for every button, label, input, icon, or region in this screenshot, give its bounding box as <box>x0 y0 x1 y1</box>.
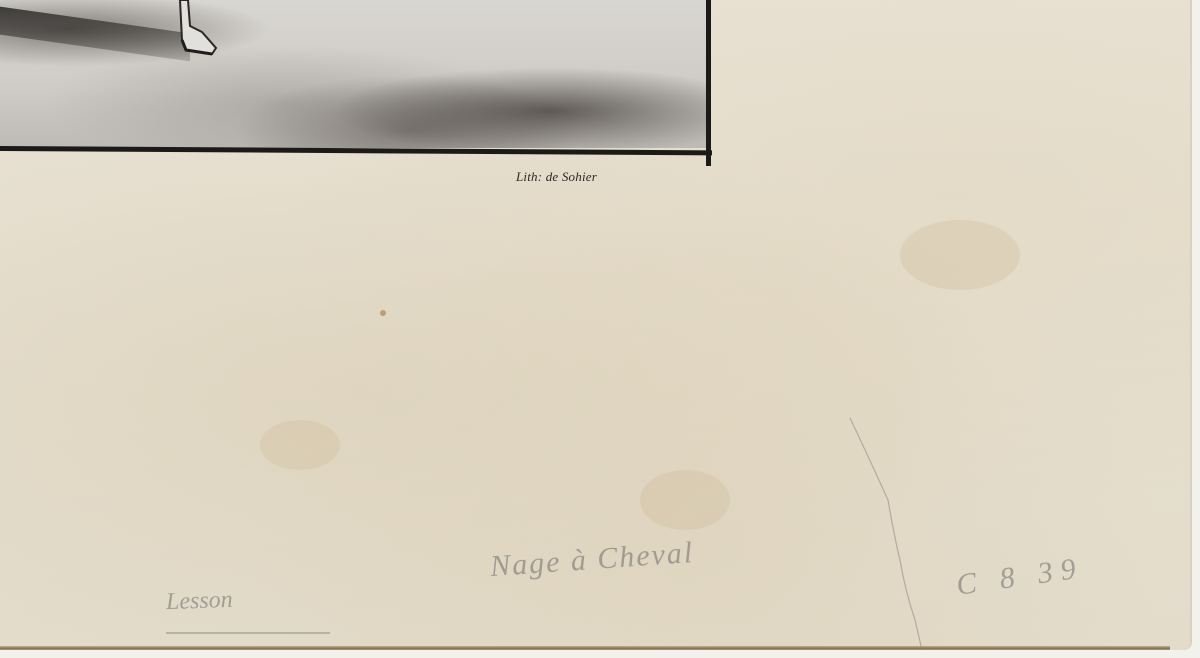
stain <box>900 220 1020 290</box>
paper-bottom-edge <box>0 646 1170 650</box>
stain <box>640 470 730 530</box>
foxing-spot <box>380 310 386 316</box>
signature-underline <box>166 632 330 634</box>
pencil-signature: Lesson <box>166 587 234 616</box>
horse-hoof-icon <box>172 0 220 56</box>
horse-shadow <box>0 7 190 62</box>
lithographer-imprint: Lith: de Sohier <box>516 169 597 185</box>
print-border-right <box>706 0 711 166</box>
lithograph-image <box>0 0 707 148</box>
stain <box>260 420 340 470</box>
